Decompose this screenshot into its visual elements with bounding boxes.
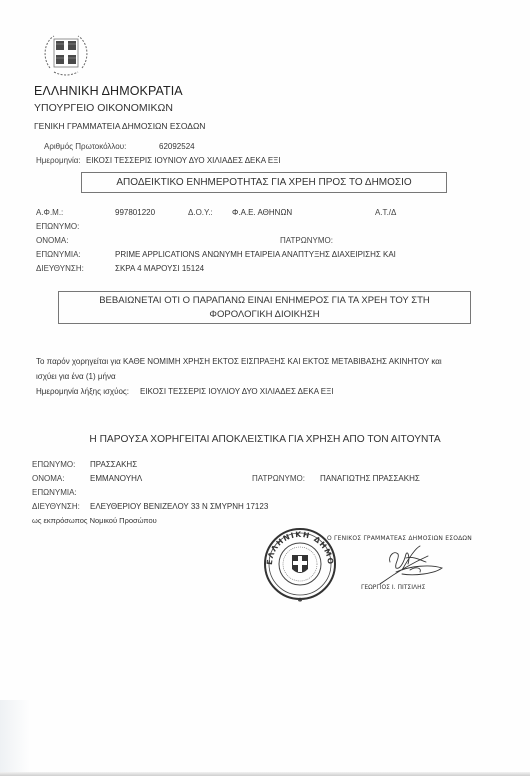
afm-value: 997801220 <box>115 208 155 217</box>
doy-label: Δ.Ο.Υ.: <box>188 208 213 217</box>
certification-box: ΒΕΒΑΙΩΝΕΤΑΙ ΟΤΙ Ο ΠΑΡΑΠΑΝΩ ΕΙΝΑΙ ΕΝΗΜΕΡΟ… <box>58 291 471 324</box>
doy-value: Φ.Α.Ε. ΑΘΗΝΩΝ <box>232 208 292 217</box>
taxpayer-surname-label: ΕΠΩΝΥΜΟ: <box>36 222 79 231</box>
secretariat-heading: ΓΕΝΙΚΗ ΓΡΑΜΜΑΤΕΙΑ ΔΗΜΟΣΙΩΝ ΕΣΟΔΩΝ <box>34 121 205 131</box>
expiry-value: ΕΙΚΟΣΙ ΤΕΣΣΕΡΙΣ ΙΟΥΛΙΟΥ ΔΥΟ ΧΙΛΙΑΔΕΣ ΔΕΚ… <box>140 387 334 396</box>
certificate-page: ΕΛΛΗΝΙΚΗ ΔΗΜΟΚΡΑΤΙΑ ΥΠΟΥΡΓΕΙΟ ΟΙΚΟΝΟΜΙΚΩ… <box>0 0 530 776</box>
applicant-company-label: ΕΠΩΝΥΜΙΑ: <box>32 488 77 497</box>
applicant-name-value: ΕΜΜΑΝΟΥΗΛ <box>90 474 142 483</box>
taxpayer-company-value: PRIME APPLICATIONS ΑΝΩΝΥΜΗ ΕΤΑΙΡΕΙΑ ΑΝΑΠ… <box>115 250 396 259</box>
svg-text:✱: ✱ <box>297 597 302 603</box>
applicant-address-value: ΕΛΕΥΘΕΡΙΟΥ ΒΕΝΙΖΕΛΟΥ 33 Ν ΣΜΥΡΝΗ 17123 <box>90 502 268 511</box>
applicant-section-title: Η ΠΑΡΟΥΣΑ ΧΟΡΗΓΕΙΤΑΙ ΑΠΟΚΛΕΙΣΤΙΚΑ ΓΙΑ ΧΡ… <box>0 434 530 445</box>
handwritten-signature-icon <box>370 540 460 585</box>
ministry-heading: ΥΠΟΥΡΓΕΙΟ ΟΙΚΟΝΟΜΙΚΩΝ <box>34 102 173 114</box>
protocol-date-label: Ημερομηνία: <box>36 156 81 165</box>
scan-edge-shadow <box>0 700 30 776</box>
atd-label: Α.Τ./Δ <box>375 208 396 217</box>
applicant-address-label: ΔΙΕΥΘΥΝΣΗ: <box>32 502 80 511</box>
certification-line-2: ΦΟΡΟΛΟΓΙΚΗ ΔΙΟΙΚΗΣΗ <box>209 308 319 322</box>
protocol-number-label: Αριθμός Πρωτοκόλλου: <box>44 142 126 151</box>
taxpayer-patronym-label: ΠΑΤΡΩΝΥΜΟ: <box>280 236 333 245</box>
taxpayer-company-label: ΕΠΩΝΥΜΙΑ: <box>36 250 81 259</box>
certificate-title: ΑΠΟΔΕΙΚΤΙΚΟ ΕΝΗΜΕΡΟΤΗΤΑΣ ΓΙΑ ΧΡΕΗ ΠΡΟΣ Τ… <box>116 177 411 188</box>
validity-line-1: Το παρόν χορηγείται για ΚΑΘΕ ΝΟΜΙΜΗ ΧΡΗΣ… <box>36 357 442 366</box>
applicant-capacity: ως εκπρόσωπος Νομικού Προσώπου <box>32 516 157 525</box>
protocol-date-value: ΕΙΚΟΣΙ ΤΕΣΣΕΡΙΣ ΙΟΥΝΙΟΥ ΔΥΟ ΧΙΛΙΑΔΕΣ ΔΕΚ… <box>86 156 281 165</box>
signer-name: ΓΕΩΡΓΙΟΣ Ι. ΠΙΤΣΙΛΗΣ <box>361 584 425 591</box>
applicant-surname-value: ΠΡΑΣΣΑΚΗΣ <box>90 460 137 469</box>
applicant-patronym-value: ΠΑΝΑΓΙΩΤΗΣ ΠΡΑΣΣΑΚΗΣ <box>320 474 420 483</box>
protocol-number-value: 62092524 <box>159 142 195 151</box>
applicant-patronym-label: ΠΑΤΡΩΝΥΜΟ: <box>252 474 305 483</box>
taxpayer-address-label: ΔΙΕΥΘΥΝΣΗ: <box>36 264 84 273</box>
applicant-surname-label: ΕΠΩΝΥΜΟ: <box>32 460 75 469</box>
afm-label: Α.Φ.Μ.: <box>36 208 63 217</box>
country-heading: ΕΛΛΗΝΙΚΗ ΔΗΜΟΚΡΑΤΙΑ <box>34 84 183 98</box>
validity-line-2: ισχύει για ένα (1) μήνα <box>36 372 116 381</box>
greek-state-emblem-icon <box>40 30 92 80</box>
taxpayer-address-value: ΣΚΡΑ 4 ΜΑΡΟΥΣΙ 15124 <box>115 264 204 273</box>
scan-bottom-edge <box>0 772 530 776</box>
certification-line-1: ΒΕΒΑΙΩΝΕΤΑΙ ΟΤΙ Ο ΠΑΡΑΠΑΝΩ ΕΙΝΑΙ ΕΝΗΜΕΡΟ… <box>99 294 430 308</box>
applicant-name-label: ΟΝΟΜΑ: <box>32 474 64 483</box>
expiry-label: Ημερομηνία λήξης ισχύος: <box>36 387 129 396</box>
certificate-title-box: ΑΠΟΔΕΙΚΤΙΚΟ ΕΝΗΜΕΡΟΤΗΤΑΣ ΓΙΑ ΧΡΕΗ ΠΡΟΣ Τ… <box>81 172 447 193</box>
taxpayer-name-label: ΟΝΟΜΑ: <box>36 236 68 245</box>
